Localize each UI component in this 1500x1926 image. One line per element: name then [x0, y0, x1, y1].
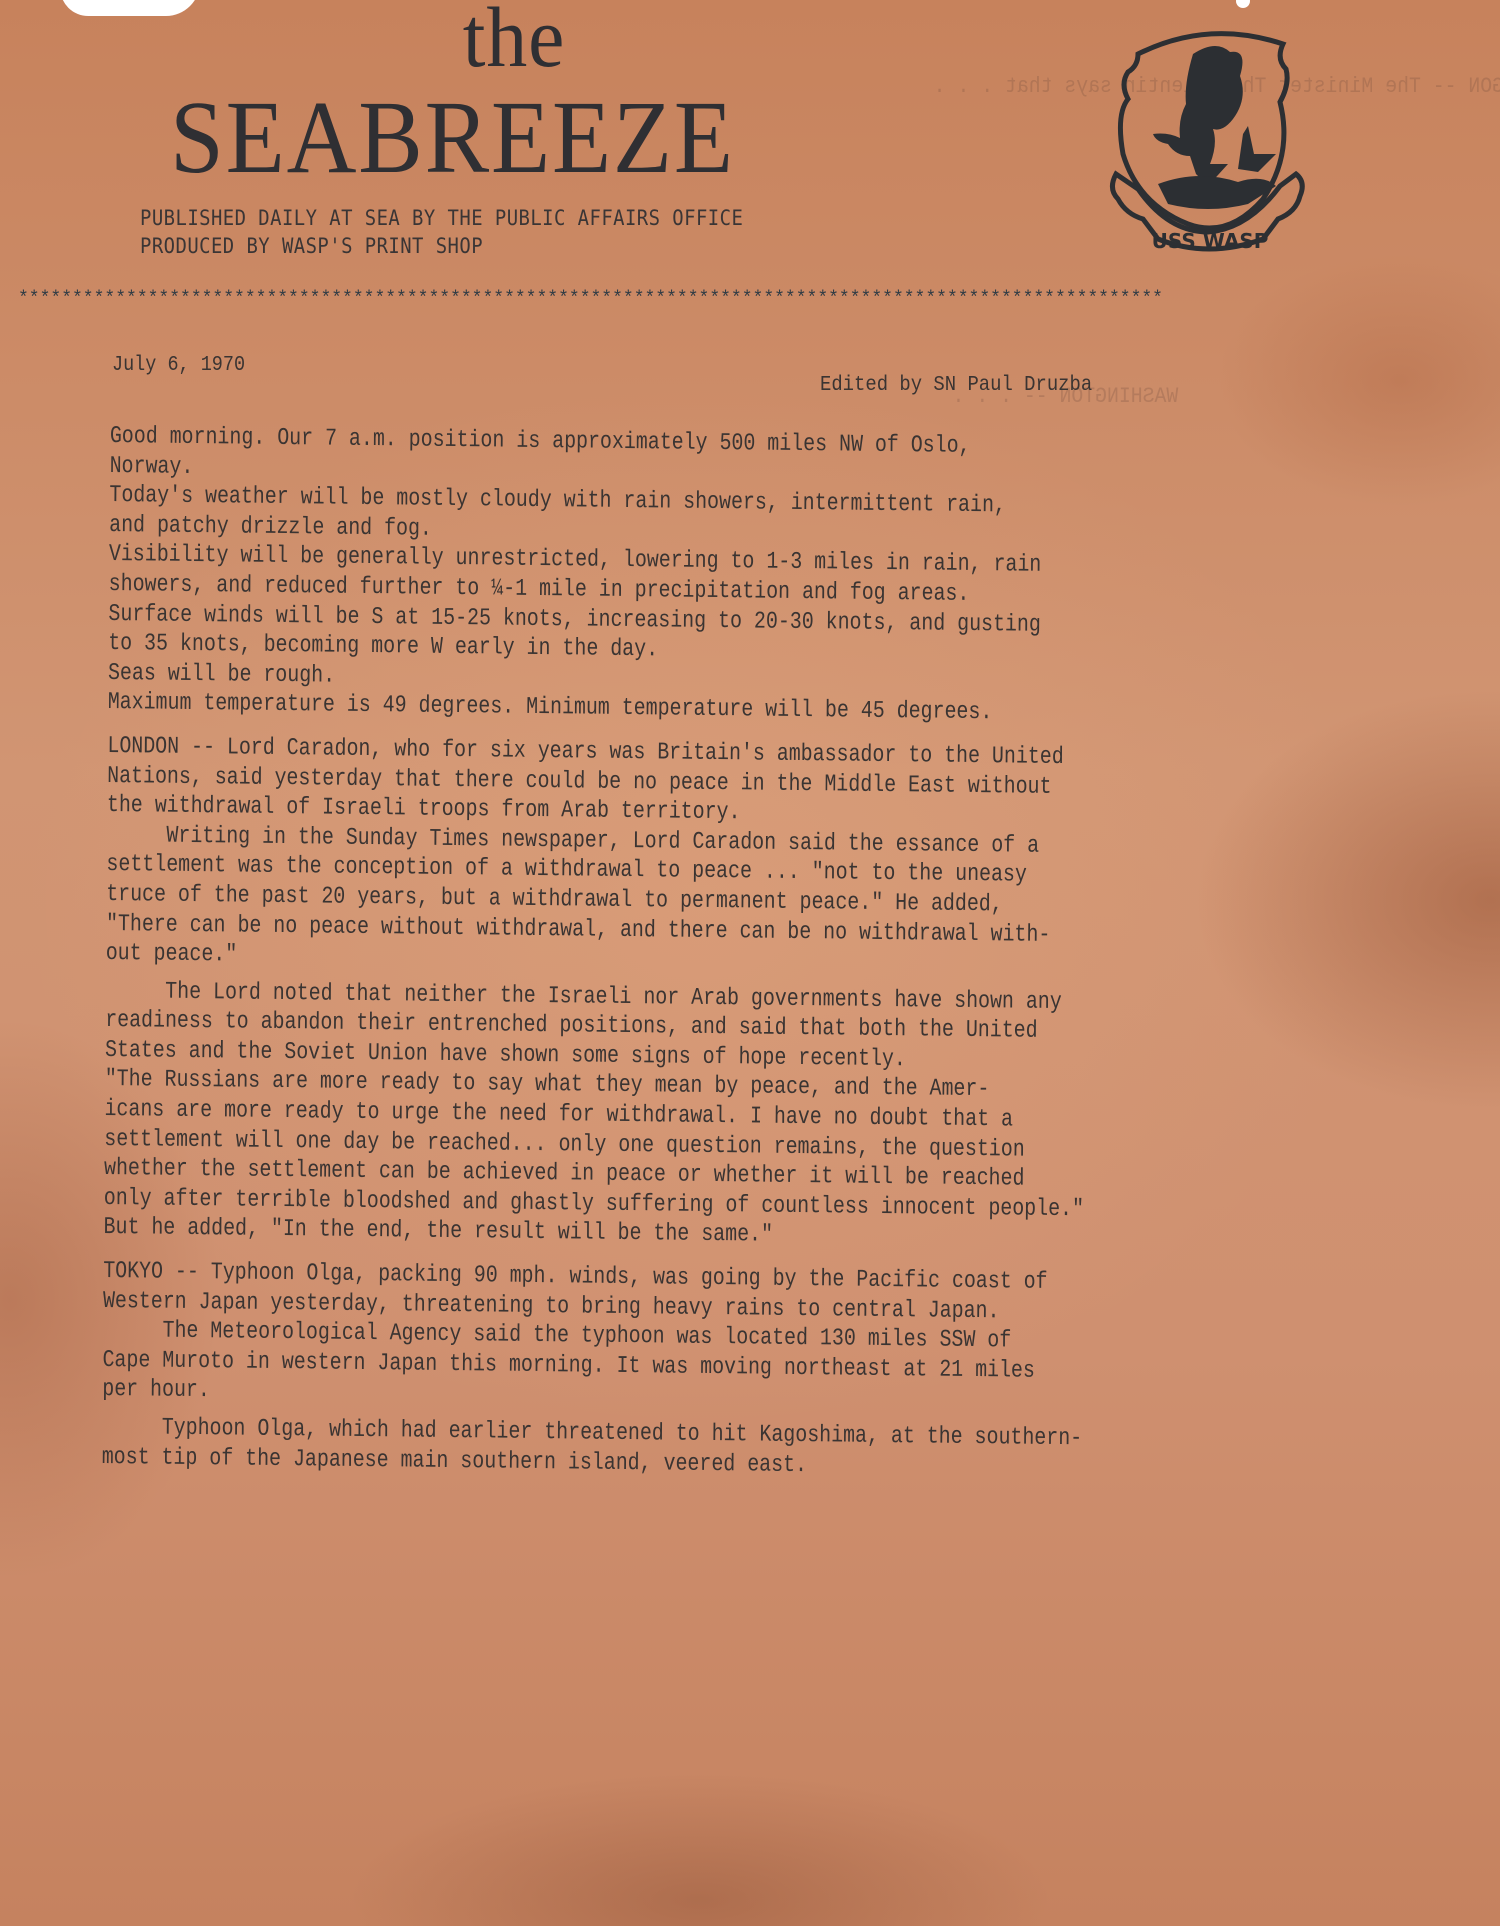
separator-rule: ****************************************…	[18, 289, 1498, 309]
issue-date: July 6, 1970	[112, 354, 245, 377]
editor-credit: Edited by SN Paul Druzba	[820, 374, 1092, 397]
london-article: LONDON -- Lord Caradon, who for six year…	[103, 732, 1219, 1256]
newsletter-body: Good morning. Our 7 a.m. position is app…	[102, 422, 1223, 1485]
uss-wasp-emblem-icon: USS WASP	[1098, 14, 1318, 254]
svg-text:USS WASP: USS WASP	[1152, 229, 1269, 253]
masthead-the: the	[463, 0, 566, 80]
tokyo-article: TOKYO -- Typhoon Olga, packing 90 mph. w…	[102, 1257, 1216, 1485]
print-shop-line: PRODUCED BY WASP'S PRINT SHOP	[140, 234, 483, 258]
weather-report: Good morning. Our 7 a.m. position is app…	[108, 422, 1223, 731]
masthead-title: SEABREEZE	[170, 86, 735, 190]
publisher-line: PUBLISHED DAILY AT SEA BY THE PUBLIC AFF…	[140, 206, 743, 230]
